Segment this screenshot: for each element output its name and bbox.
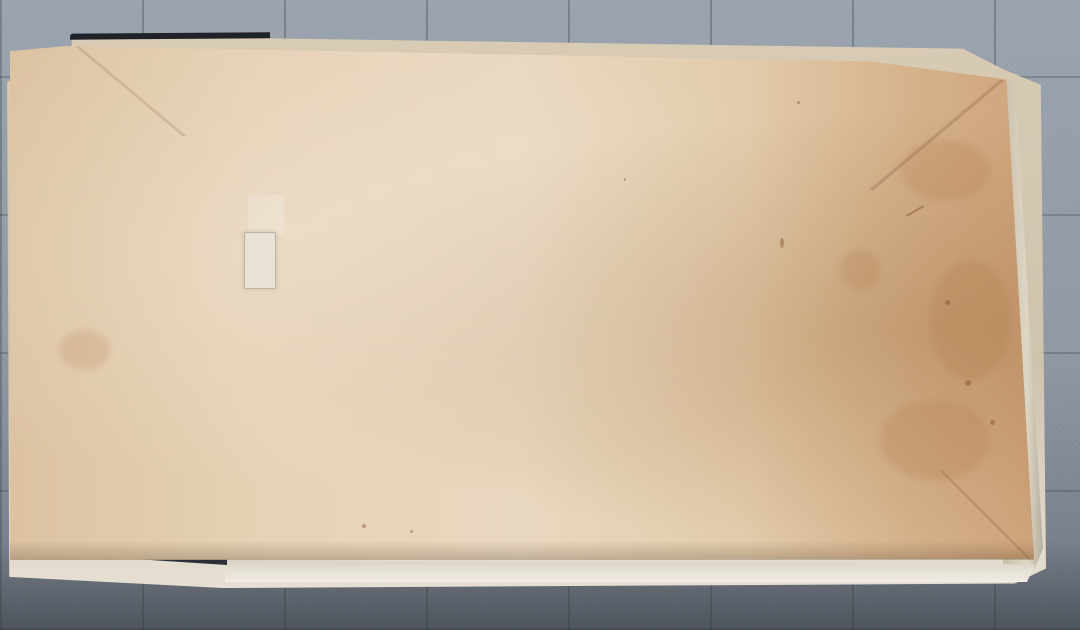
stain: [930, 260, 1010, 380]
spot: [990, 420, 995, 425]
stain: [60, 330, 110, 370]
spot: [410, 530, 413, 533]
spot: [624, 178, 626, 181]
spot: [797, 101, 800, 104]
box-floor-bottom-shade: [10, 540, 1034, 560]
stain: [880, 400, 990, 480]
spot: [965, 380, 971, 386]
spot: [362, 524, 366, 528]
tape-residue-mark: [244, 232, 276, 289]
spot: [945, 300, 950, 305]
corner-fold-bottom-right: [940, 470, 1030, 560]
stain: [840, 250, 880, 290]
stain: [900, 140, 990, 200]
tape-residue-faint: [248, 195, 284, 235]
corner-fold-top-left: [70, 46, 190, 136]
spot: [780, 238, 784, 248]
